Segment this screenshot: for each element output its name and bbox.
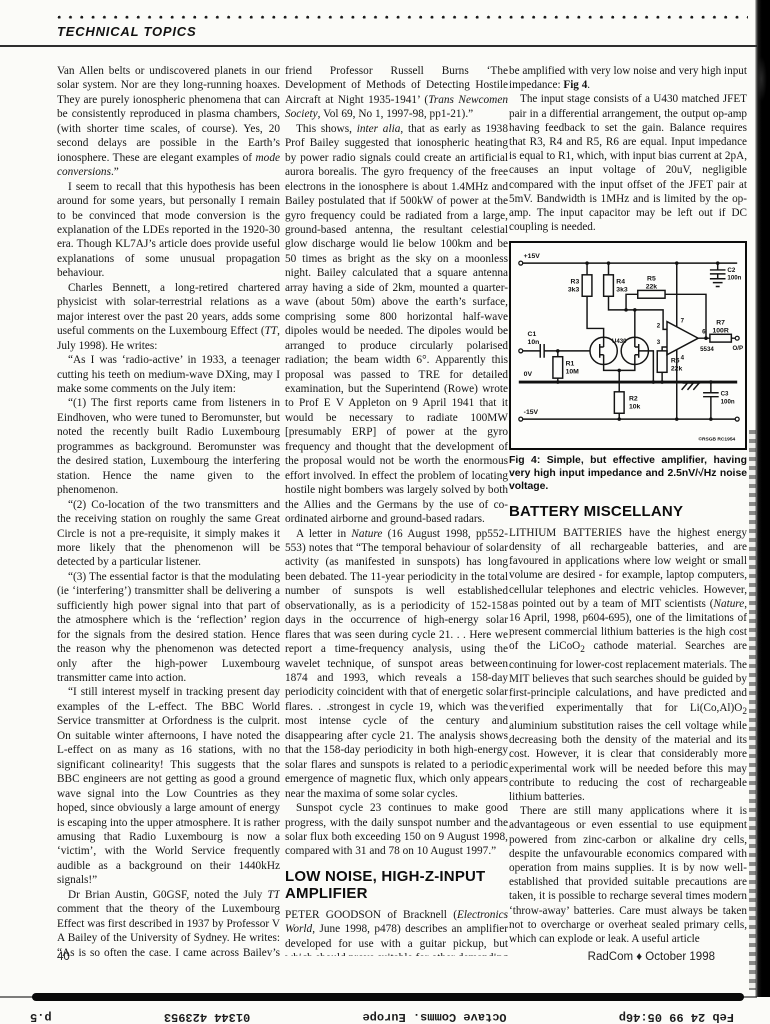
page-title: TECHNICAL TOPICS — [57, 24, 196, 39]
svg-text:6: 6 — [702, 329, 706, 336]
journal-footer: RadCom ♦ October 1998 — [509, 951, 715, 963]
text-column-2: friend Professor Russell Burns ‘The Deve… — [285, 64, 508, 956]
schematic-frame: +15V 0V -15V C1 10n R1 10M — [509, 241, 747, 450]
svg-text:10M: 10M — [566, 369, 580, 376]
svg-text:10n: 10n — [528, 339, 540, 346]
decoupling-caps: C2 100n C3 100n — [682, 264, 742, 420]
paragraph: Dr Brian Austin, G0GSF, noted the July T… — [57, 888, 280, 956]
text-column-1: Van Allen belts or undiscovered planets … — [57, 64, 280, 956]
paragraph: friend Professor Russell Burns ‘The Deve… — [285, 64, 508, 122]
column2-upper-text: friend Professor Russell Burns ‘The Deve… — [285, 64, 508, 859]
svg-text:C3: C3 — [721, 391, 729, 398]
svg-text:100n: 100n — [727, 275, 741, 282]
paragraph: “(2) Co-location of the two transmitters… — [57, 498, 280, 570]
scan-artifact-right-bar — [755, 0, 770, 997]
drain-resistors: R3 3k3 R4 3k3 — [568, 264, 667, 338]
column3-upper-text: be amplified with very low noise and ver… — [509, 64, 747, 234]
opamp-symbol: 2 3 7 4 6 5534 — [657, 264, 715, 420]
svg-text:R4: R4 — [616, 279, 625, 286]
column3-lower-text: LITHIUM BATTERIES have the highest energ… — [509, 526, 747, 946]
svg-text:R5: R5 — [647, 276, 656, 283]
source-resistor: R2 10k — [604, 365, 641, 420]
svg-text:3k3: 3k3 — [616, 287, 628, 294]
svg-text:R3: R3 — [571, 279, 580, 286]
paragraph: “I still interest myself in tracking pre… — [57, 685, 280, 887]
paragraph: Van Allen belts or undiscovered planets … — [57, 64, 280, 180]
svg-text:3: 3 — [657, 339, 661, 346]
paragraph: A letter in Nature (16 August 1998, pp55… — [285, 527, 508, 802]
svg-text:R1: R1 — [566, 361, 575, 368]
svg-text:U430: U430 — [612, 339, 627, 346]
svg-text:3k3: 3k3 — [568, 287, 580, 294]
svg-text:C2: C2 — [727, 267, 735, 274]
junction-dots — [556, 262, 719, 422]
column2-lower-text: PETER GOODSON of Bracknell (Electronics … — [285, 908, 508, 956]
paragraph: I seem to recall that this hypothesis ha… — [57, 180, 280, 281]
paragraph: Sunspot cycle 23 continues to make good … — [285, 801, 508, 859]
svg-text:C1: C1 — [528, 332, 537, 339]
fax-page-number: p.5 — [30, 1005, 52, 1024]
circuit-diagram: +15V 0V -15V C1 10n R1 10M — [511, 243, 745, 448]
svg-text:-15V: -15V — [524, 410, 539, 417]
paragraph: PETER GOODSON of Bracknell (Electronics … — [285, 908, 508, 956]
figure-caption: Fig 4: Simple, but effective amplifier, … — [509, 455, 747, 493]
header-rule — [0, 45, 757, 47]
paragraph: The input stage consists of a U430 match… — [509, 92, 747, 234]
svg-text:+15V: +15V — [524, 254, 541, 261]
page-number: 40 — [57, 951, 70, 963]
svg-text:0V: 0V — [524, 372, 533, 379]
svg-text:4: 4 — [681, 355, 685, 362]
svg-text:22k: 22k — [646, 284, 658, 291]
svg-text:5534: 5534 — [700, 346, 714, 353]
bias-resistor-r6: R6 22k — [657, 347, 682, 382]
fax-number: 01344 423953 — [164, 1005, 250, 1024]
paragraph: be amplified with very low noise and ver… — [509, 64, 747, 92]
dotted-rule — [57, 15, 748, 20]
fax-timestamp: Feb 24 99 05:46p — [619, 1005, 734, 1024]
svg-text:100R: 100R — [712, 328, 728, 335]
paragraph: “As I was ‘radio-active’ in 1933, a teen… — [57, 353, 280, 396]
paragraph: Charles Bennett, a long-retired chartere… — [57, 281, 280, 353]
svg-text:R7: R7 — [716, 320, 725, 327]
scan-artifact-bottom-bar — [32, 993, 744, 1001]
paragraph: “(3) The essential factor is that the mo… — [57, 570, 280, 686]
scan-smudge — [756, 56, 767, 102]
text-column-3: be amplified with very low noise and ver… — [509, 64, 747, 952]
svg-text:R2: R2 — [629, 396, 638, 403]
svg-text:100n: 100n — [721, 399, 735, 406]
svg-text:O/P: O/P — [732, 345, 743, 352]
paragraph: There are still many applications where … — [509, 804, 747, 946]
figure-4-amplifier-schematic: +15V 0V -15V C1 10n R1 10M — [509, 241, 747, 493]
section-heading-low-noise-amplifier: LOW NOISE, HIGH-Z-INPUT AMPLIFIER — [285, 868, 508, 902]
jfet-pair-symbol: U430 — [590, 310, 653, 382]
svg-text:7: 7 — [681, 318, 685, 325]
svg-text:2: 2 — [657, 323, 661, 330]
figure-credit: ©RSGB RC1954 — [698, 436, 735, 443]
paragraph: This shows, inter alia, that as early as… — [285, 122, 508, 527]
fax-header-strip: Feb 24 99 05:46p Octave Comms. Europe 01… — [0, 1005, 770, 1024]
paragraph: “(1) The first reports came from listene… — [57, 396, 280, 497]
svg-text:10k: 10k — [629, 404, 641, 411]
paragraph: LITHIUM BATTERIES have the highest energ… — [509, 526, 747, 804]
svg-text:R6: R6 — [671, 358, 680, 365]
fax-sender: Octave Comms. Europe — [363, 1005, 507, 1024]
section-heading-battery-miscellany: BATTERY MISCELLANY — [509, 503, 747, 520]
